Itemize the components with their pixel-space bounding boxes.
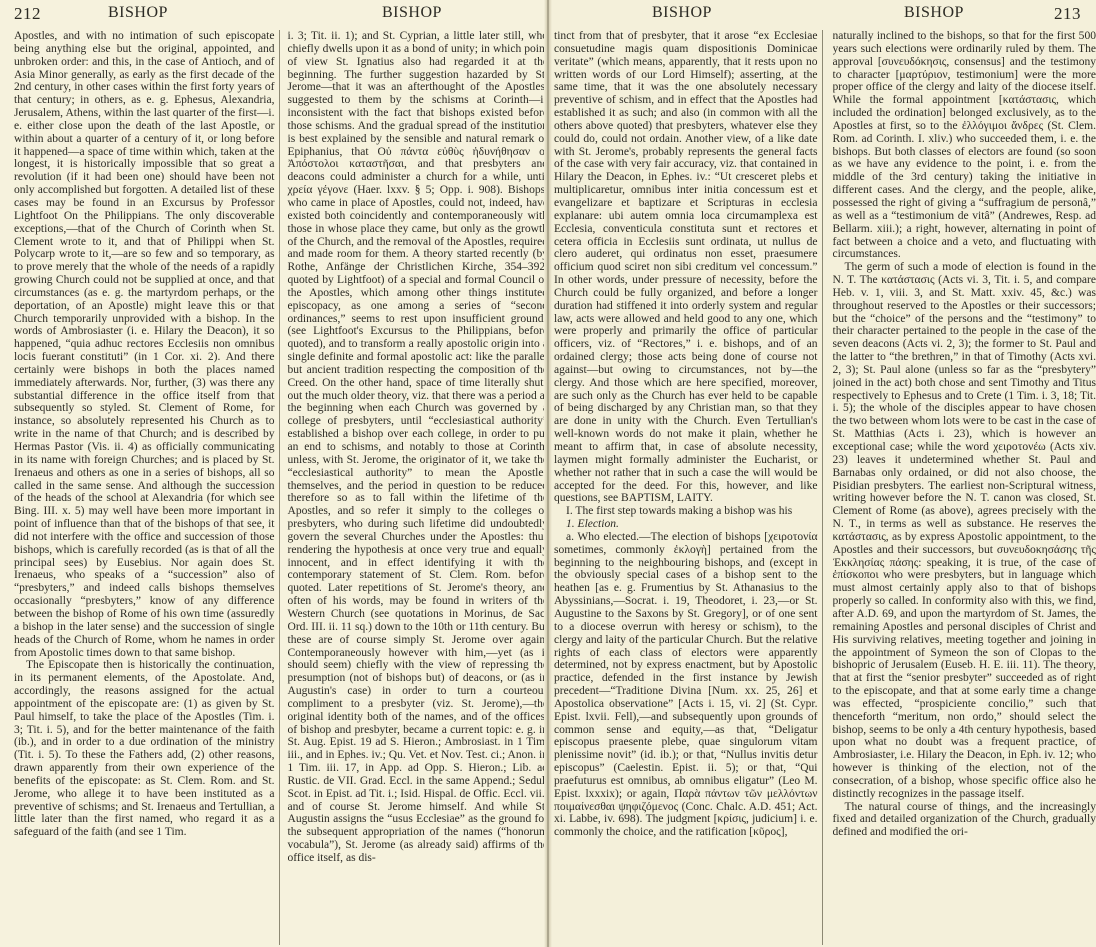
page-number: 212: [14, 4, 41, 24]
book-gutter: [544, 0, 552, 947]
paragraph: The germ of such a mode of election is f…: [833, 261, 1096, 800]
column-divider: [279, 30, 280, 945]
section-heading-paragraph: I. The first step towards making a bisho…: [554, 505, 818, 518]
text-column-2: naturally inclined to the bishops, so th…: [833, 28, 1096, 947]
paragraph: naturally inclined to the bishops, so th…: [833, 30, 1096, 261]
running-head-title: BISHOP: [652, 4, 712, 22]
text-columns: Apostles, and with no intimation of such…: [0, 28, 548, 947]
column-divider: [822, 30, 823, 945]
right-page: BISHOP BISHOP 213 tinct from that of pre…: [548, 0, 1096, 947]
text-columns: tinct from that of presbyter, that it ar…: [548, 28, 1096, 947]
paragraph: tinct from that of presbyter, that it ar…: [554, 30, 818, 505]
paragraph: The Episcopate then is historically the …: [14, 659, 275, 839]
paragraph: a. Who elected.—The election of bishops …: [554, 531, 818, 839]
paragraph: i. 3; Tit. ii. 1); and St. Cyprian, a li…: [287, 30, 548, 865]
paragraph: Apostles, and with no intimation of such…: [14, 30, 275, 659]
running-head-title: BISHOP: [108, 4, 168, 22]
subsection-heading: 1. Election.: [554, 518, 818, 531]
book-spread: 212 BISHOP BISHOP Apostles, and with no …: [0, 0, 1096, 947]
paragraph: The natural course of things, and the in…: [833, 801, 1096, 840]
running-head-right-page: BISHOP BISHOP 213: [548, 4, 1096, 26]
text-column-2: i. 3; Tit. ii. 1); and St. Cyprian, a li…: [287, 28, 548, 947]
page-number: 213: [1054, 4, 1081, 24]
running-head-title: BISHOP: [382, 4, 442, 22]
text-column-1: tinct from that of presbyter, that it ar…: [554, 28, 818, 947]
text-column-1: Apostles, and with no intimation of such…: [14, 28, 275, 947]
running-head-left-page: 212 BISHOP BISHOP: [0, 4, 548, 26]
running-head-title: BISHOP: [904, 4, 964, 22]
left-page: 212 BISHOP BISHOP Apostles, and with no …: [0, 0, 548, 947]
